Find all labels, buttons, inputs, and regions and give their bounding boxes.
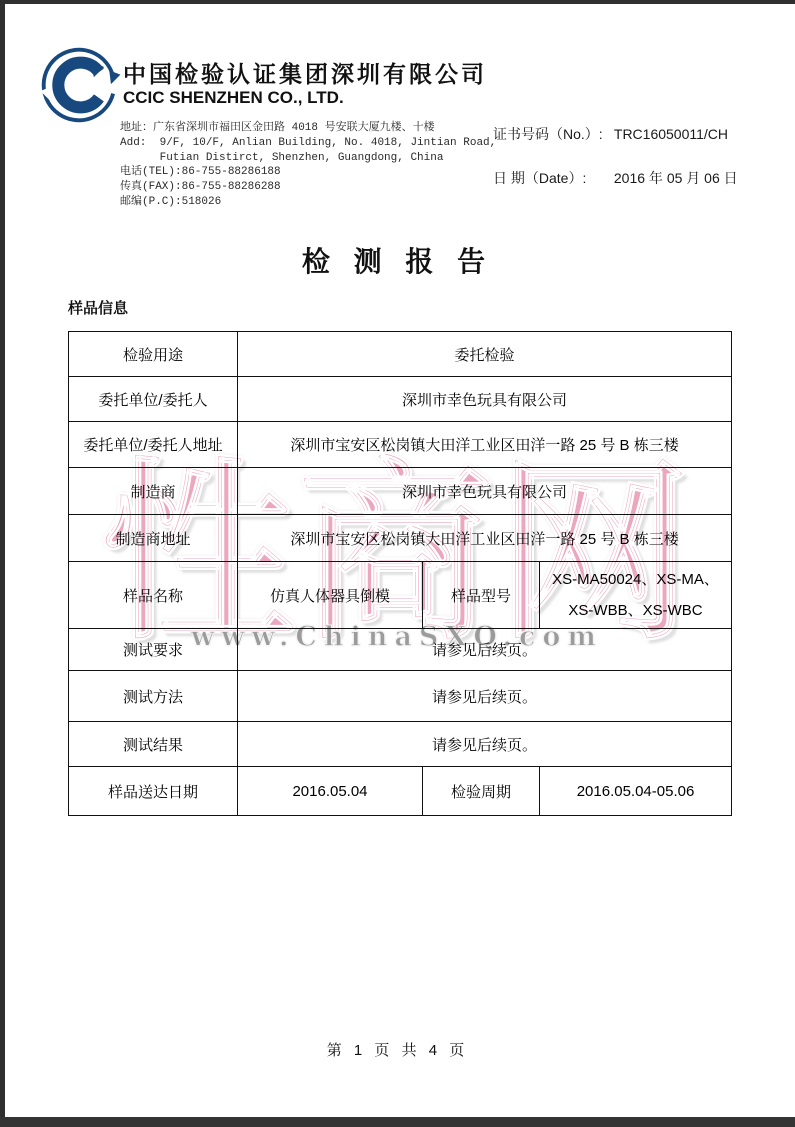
sample-info-heading: 样品信息 (68, 297, 128, 318)
row-label: 委托单位/委托人地址 (69, 422, 238, 468)
fax-line: 传真(FAX):86-755-88286288 (120, 181, 281, 193)
address-line-2: Add: 9/F, 10/F, Anlian Building, No. 401… (120, 137, 496, 149)
report-title: 检 测 报 告 (0, 240, 795, 280)
date-value: 2016 年 05 月 06 日 (614, 168, 738, 188)
row-value: 深圳市幸色玩具有限公司 (238, 377, 732, 422)
address-line-1: 地址：广东省深圳市福田区金田路 4018 号安联大厦九楼、十楼 (120, 122, 435, 134)
row-label-2: 样品型号 (423, 562, 540, 629)
table-row: 制造商地址 深圳市宝安区松岗镇大田洋工业区田洋一路 25 号 B 栋三楼 (69, 515, 732, 562)
row-value: 深圳市幸色玩具有限公司 (238, 468, 732, 515)
row-value: 请参见后续页。 (238, 671, 732, 722)
row-value-2: XS-MA50024、XS-MA、 XS-WBB、XS-WBC (540, 562, 732, 629)
table-row: 委托单位/委托人地址 深圳市宝安区松岗镇大田洋工业区田洋一路 25 号 B 栋三… (69, 422, 732, 468)
phone-line: 电话(TEL):86-755-88286188 (120, 166, 281, 178)
date-label: 日 期（Date）: (493, 168, 610, 188)
table-row: 样品名称 仿真人体器具倒模 样品型号 XS-MA50024、XS-MA、 XS-… (69, 562, 732, 629)
company-name-en: CCIC SHENZHEN CO., LTD. (123, 88, 344, 108)
table-row: 测试方法 请参见后续页。 (69, 671, 732, 722)
table-row: 检验用途 委托检验 (69, 332, 732, 377)
row-label: 测试结果 (69, 722, 238, 767)
postcode-line: 邮编(P.C):518026 (120, 196, 221, 208)
report-page: 性商网 www.ChinaSXQ.com CIC 中国检验认证集团深圳有限公司 … (0, 0, 795, 1127)
table-row: 委托单位/委托人 深圳市幸色玩具有限公司 (69, 377, 732, 422)
certificate-number-label: 证书号码（No.）: (493, 124, 610, 144)
page-number: 第 1 页 共 4 页 (0, 1039, 795, 1060)
sample-info-table: 检验用途 委托检验 委托单位/委托人 深圳市幸色玩具有限公司 委托单位/委托人地… (68, 331, 732, 816)
row-value: 委托检验 (238, 332, 732, 377)
row-value-2: 2016.05.04-05.06 (540, 767, 732, 816)
svg-text:CIC: CIC (65, 79, 94, 95)
company-address-block: 地址：广东省深圳市福田区金田路 4018 号安联大厦九楼、十楼 Add: 9/F… (120, 121, 496, 210)
row-label: 委托单位/委托人 (69, 377, 238, 422)
table-row: 测试结果 请参见后续页。 (69, 722, 732, 767)
row-label: 制造商地址 (69, 515, 238, 562)
table-row: 制造商 深圳市幸色玩具有限公司 (69, 468, 732, 515)
scan-edge-top (0, 0, 795, 4)
table-row: 样品送达日期 2016.05.04 检验周期 2016.05.04-05.06 (69, 767, 732, 816)
row-value: 请参见后续页。 (238, 629, 732, 671)
date-row: 日 期（Date）: 2016 年 05 月 06 日 (493, 168, 738, 188)
row-label-2: 检验周期 (423, 767, 540, 816)
row-label: 样品名称 (69, 562, 238, 629)
row-label: 样品送达日期 (69, 767, 238, 816)
company-name-cn: 中国检验认证集团深圳有限公司 (123, 56, 487, 89)
certificate-number-value: TRC16050011/CH (614, 126, 728, 142)
row-value: 2016.05.04 (238, 767, 423, 816)
row-label: 测试要求 (69, 629, 238, 671)
row-label: 制造商 (69, 468, 238, 515)
address-line-3: Futian Distirct, Shenzhen, Guangdong, Ch… (120, 152, 443, 164)
row-value: 深圳市宝安区松岗镇大田洋工业区田洋一路 25 号 B 栋三楼 (238, 515, 732, 562)
row-label: 检验用途 (69, 332, 238, 377)
row-value: 仿真人体器具倒模 (238, 562, 423, 629)
row-value: 深圳市宝安区松岗镇大田洋工业区田洋一路 25 号 B 栋三楼 (238, 422, 732, 468)
ccic-logo-icon: CIC (37, 46, 123, 124)
row-value: 请参见后续页。 (238, 722, 732, 767)
certificate-number-row: 证书号码（No.）: TRC16050011/CH (493, 124, 728, 144)
scan-edge-left (0, 0, 5, 1127)
table-row: 测试要求 请参见后续页。 (69, 629, 732, 671)
scan-edge-bottom (0, 1117, 795, 1127)
row-label: 测试方法 (69, 671, 238, 722)
